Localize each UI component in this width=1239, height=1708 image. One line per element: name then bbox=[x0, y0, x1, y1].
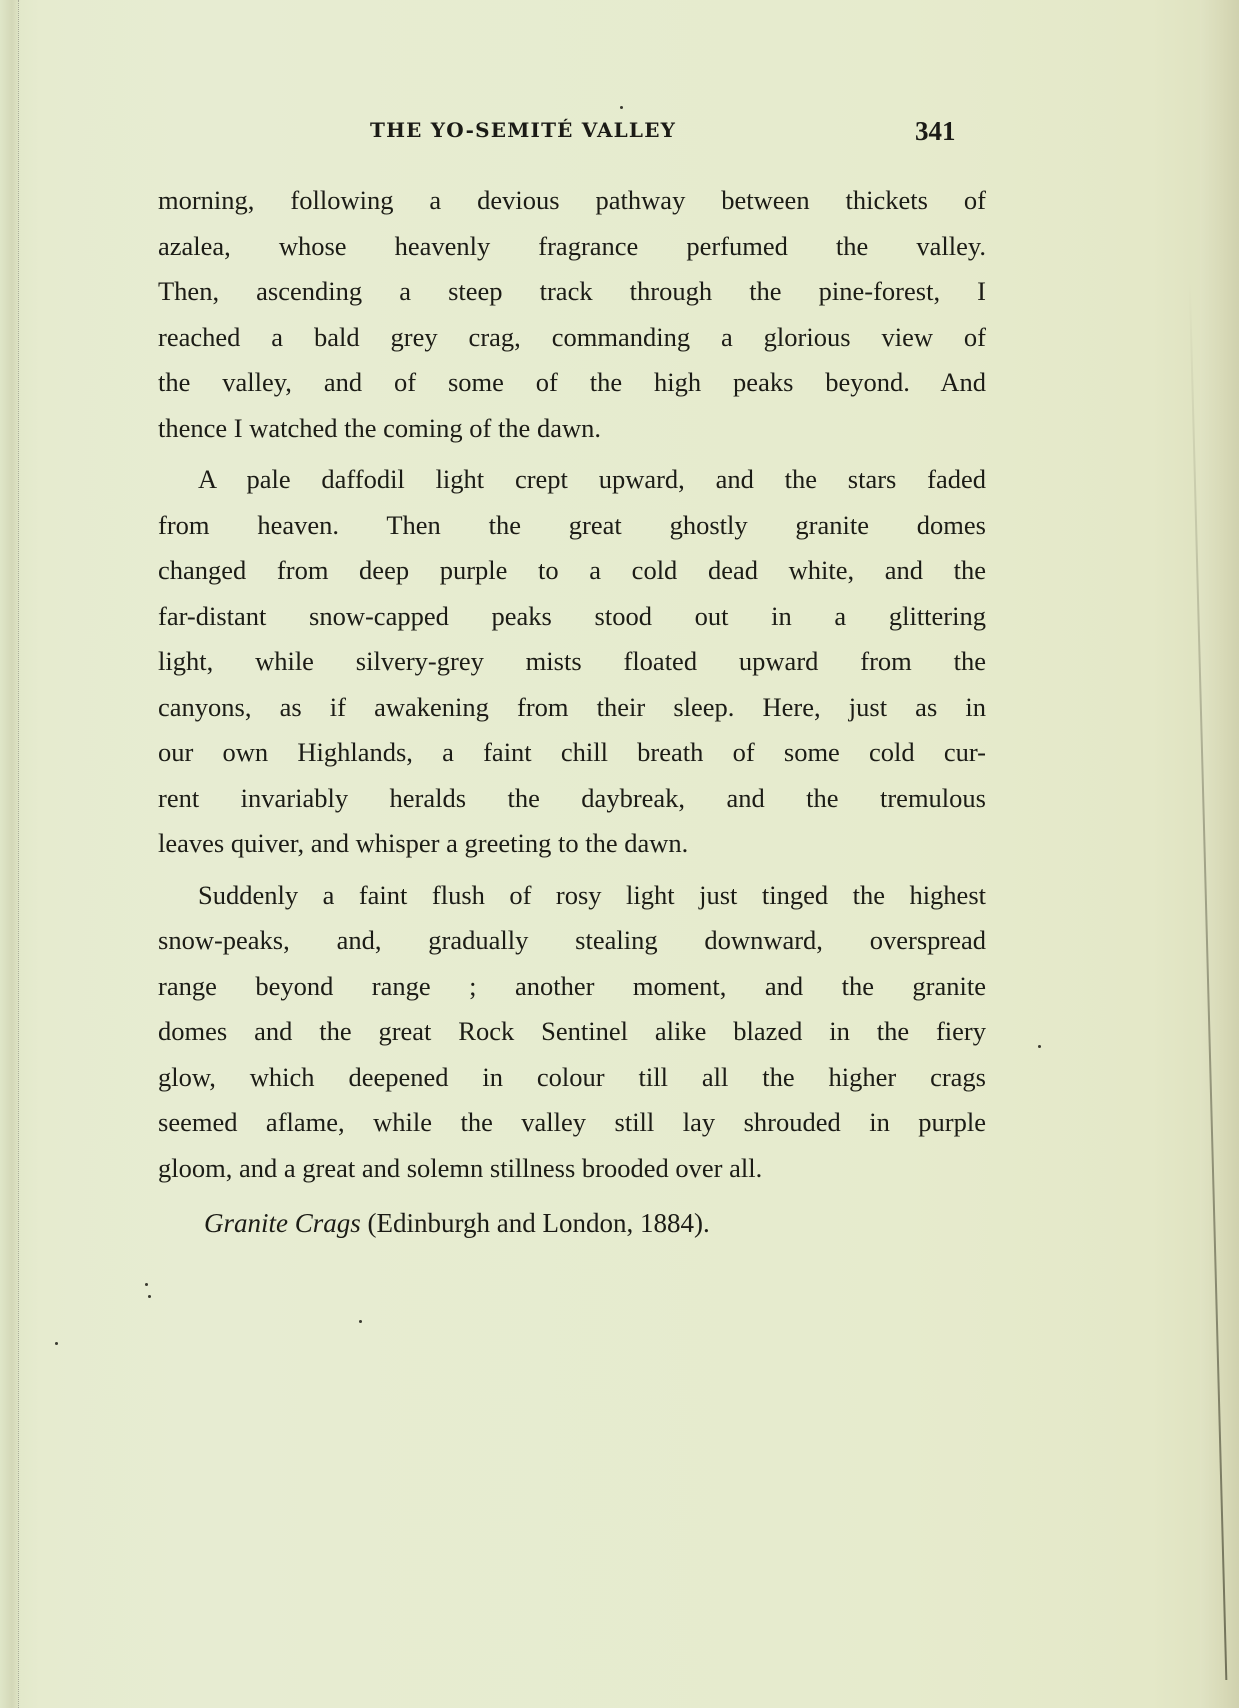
citation: Granite Crags (Edinburgh and London, 188… bbox=[204, 1208, 710, 1239]
paper-speck bbox=[1038, 1045, 1041, 1048]
text-line: Suddenly a faint flush of rosy light jus… bbox=[158, 873, 986, 919]
text-line: light, while silvery-grey mists floated … bbox=[158, 639, 986, 685]
page-header: THE YO-SEMITÉ VALLEY 341 bbox=[370, 118, 970, 158]
text-line: seemed aflame, while the valley still la… bbox=[158, 1100, 986, 1146]
text-line: reached a bald grey crag, commanding a g… bbox=[158, 315, 986, 361]
body-text: morning, following a devious pathway bet… bbox=[158, 178, 986, 1191]
binding-gutter bbox=[0, 0, 19, 1708]
book-page: THE YO-SEMITÉ VALLEY 341 morning, follow… bbox=[0, 0, 1239, 1708]
citation-details: (Edinburgh and London, 1884). bbox=[361, 1208, 710, 1238]
text-line: snow-peaks, and, gradually stealing down… bbox=[158, 918, 986, 964]
paper-speck bbox=[359, 1320, 362, 1323]
paper-speck bbox=[620, 106, 623, 109]
text-line: range beyond range ; another moment, and… bbox=[158, 964, 986, 1010]
paper-speck bbox=[148, 1295, 151, 1298]
paragraph-2: A pale daffodil light crept upward, and … bbox=[158, 457, 986, 867]
text-line: the valley, and of some of the high peak… bbox=[158, 360, 986, 406]
page-number: 341 bbox=[915, 116, 956, 147]
text-line: far-distant snow-capped peaks stood out … bbox=[158, 594, 986, 640]
text-line: glow, which deepened in colour till all … bbox=[158, 1055, 986, 1101]
text-line: thence I watched the coming of the dawn. bbox=[158, 406, 986, 452]
text-line: from heaven. Then the great ghostly gran… bbox=[158, 503, 986, 549]
text-line: azalea, whose heavenly fragrance perfume… bbox=[158, 224, 986, 270]
paragraph-3: Suddenly a faint flush of rosy light jus… bbox=[158, 873, 986, 1192]
paragraph-1: morning, following a devious pathway bet… bbox=[158, 178, 986, 451]
text-line: morning, following a devious pathway bet… bbox=[158, 178, 986, 224]
paper-speck bbox=[55, 1342, 58, 1345]
text-line: changed from deep purple to a cold dead … bbox=[158, 548, 986, 594]
text-line: A pale daffodil light crept upward, and … bbox=[158, 457, 986, 503]
text-line: domes and the great Rock Sentinel alike … bbox=[158, 1009, 986, 1055]
paper-speck bbox=[145, 1283, 148, 1286]
text-line: leaves quiver, and whisper a greeting to… bbox=[158, 821, 986, 867]
text-line: gloom, and a great and solemn stillness … bbox=[158, 1146, 986, 1192]
citation-title: Granite Crags bbox=[204, 1208, 361, 1238]
text-line: our own Highlands, a faint chill breath … bbox=[158, 730, 986, 776]
text-line: canyons, as if awakening from their slee… bbox=[158, 685, 986, 731]
text-line: Then, ascending a steep track through th… bbox=[158, 269, 986, 315]
running-head: THE YO-SEMITÉ VALLEY bbox=[370, 118, 676, 142]
text-line: rent invariably heralds the daybreak, an… bbox=[158, 776, 986, 822]
